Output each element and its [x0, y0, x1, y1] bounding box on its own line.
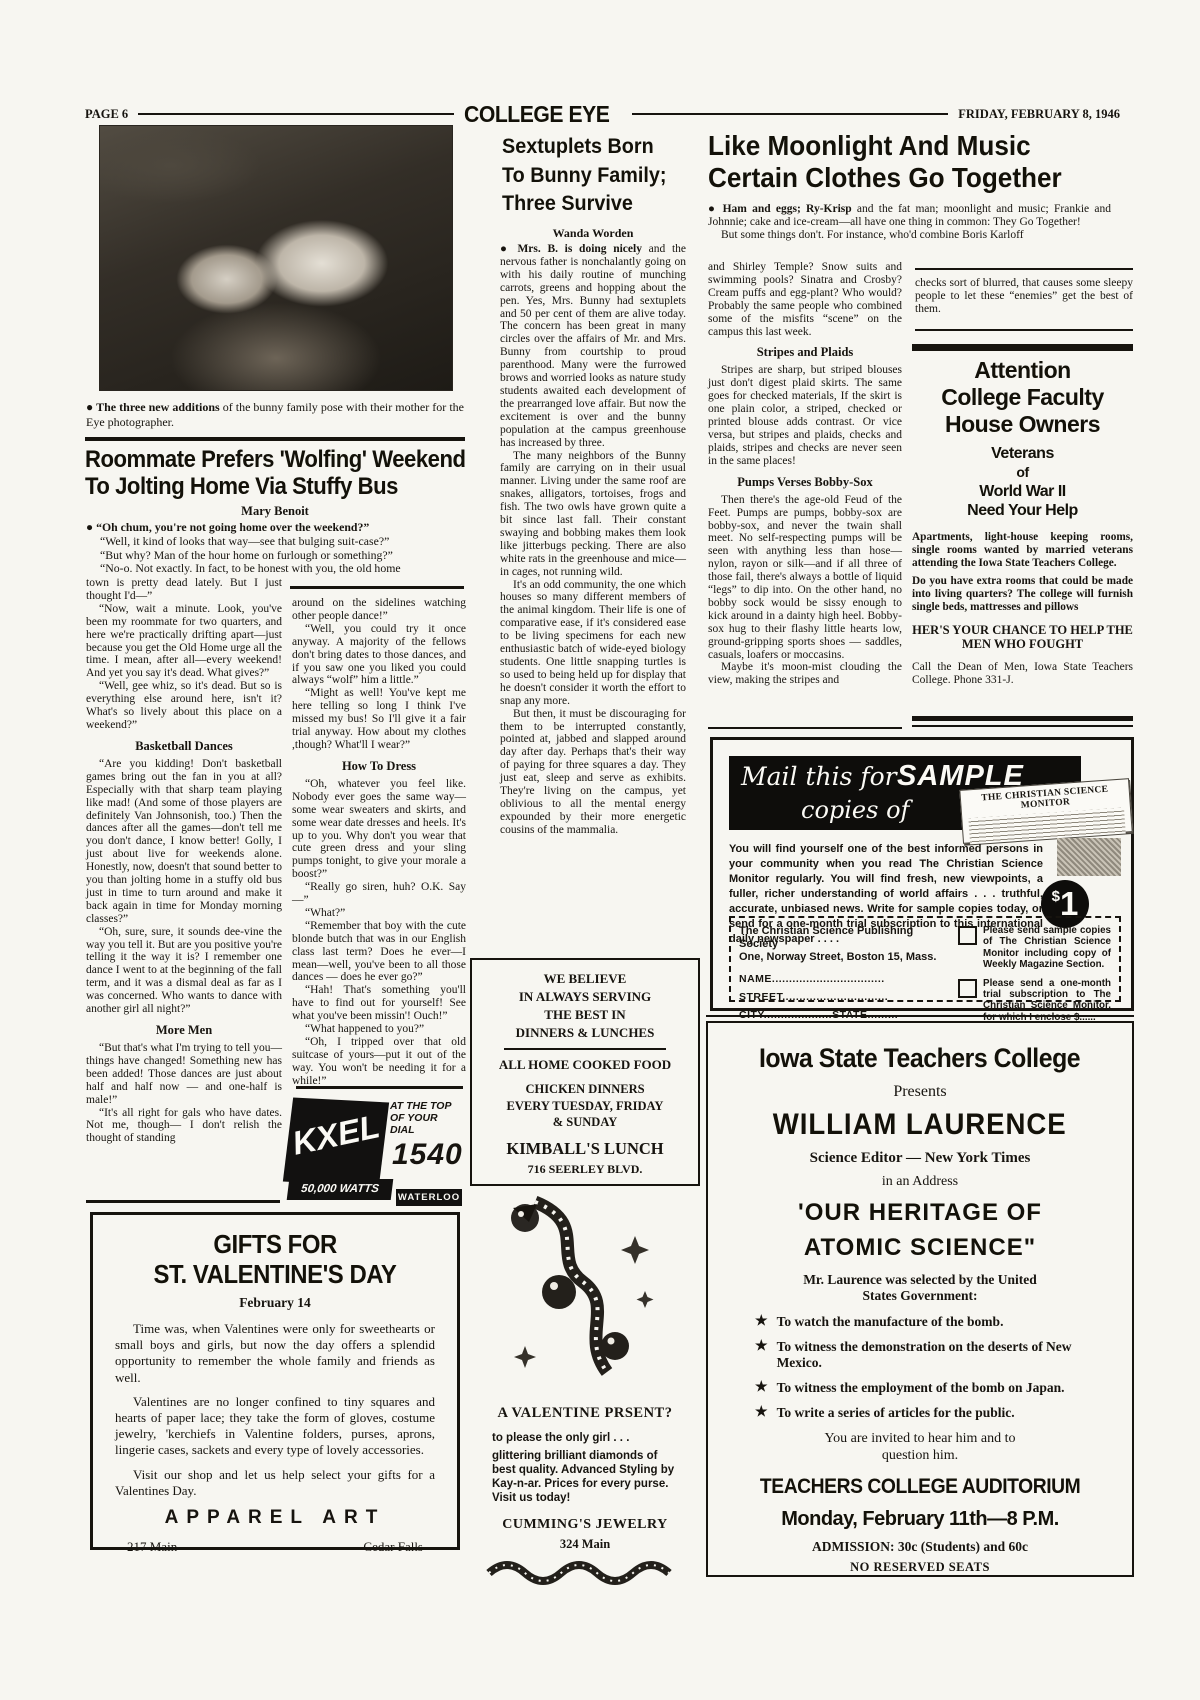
speaker-name: WILLIAM LAURENCE: [734, 1108, 1106, 1142]
attention-chance: HER'S YOUR CHANCE TO HELP THE MEN WHO FO…: [912, 623, 1133, 652]
banner-script-2: copies of: [801, 796, 909, 824]
roommate-intro: ● “Oh chum, you're not going home over t…: [86, 521, 465, 576]
sextuplets-body: ● Mrs. B. is doing nicely and the nervou…: [500, 243, 686, 837]
sextuplets-headline: Sextuplets Born To Bunny Family; Three S…: [502, 132, 702, 218]
gifts-heading: GIFTS FOR ST. VALENTINE'S DAY: [115, 1229, 435, 1289]
publisher-address: One, Norway Street, Boston 15, Mass.: [739, 951, 950, 964]
paragraph: Apartments, light-house keeping rooms, s…: [912, 531, 1133, 569]
roommate-headline-line1: Roommate Prefers 'Wolfing' Weekend: [85, 446, 466, 473]
gifts-date: February 14: [115, 1295, 435, 1311]
invitation-text: You are invited to hear him and to quest…: [810, 1430, 1030, 1464]
paragraph: Valentines are no longer confined to tin…: [115, 1394, 435, 1459]
kxel-city: WATERLOO: [396, 1189, 462, 1206]
monitor-masthead-graphic: THE CHRISTIAN SCIENCE MONITOR: [959, 778, 1132, 844]
attention-subtitle: Veterans of World War II Need Your Help: [912, 444, 1133, 520]
moonlight-continuation: checks sort of blurred, that causes some…: [915, 277, 1133, 316]
paragraph: “Hah! That's something you'll have to fi…: [292, 984, 466, 1023]
store-address: 217 Main: [127, 1539, 177, 1555]
attention-top-bar: [912, 344, 1133, 351]
intro-line: “No-o. Not exactly. In fact, to be hones…: [86, 562, 465, 576]
page-number: PAGE 6: [85, 107, 128, 122]
address-intro: in an Address: [734, 1174, 1106, 1190]
ribbon-divider: [485, 1558, 685, 1588]
header-rule-left: [138, 113, 454, 115]
paragraph: “Well, you could try it once anyway. A m…: [292, 623, 466, 688]
paragraph: ● Ham and eggs; Ry-Krisp and the fat man…: [708, 203, 1111, 229]
attention-end-bar: [912, 716, 1133, 727]
paragraph: “Might as well! You've kept me here tell…: [292, 687, 466, 752]
column-end-rule: [86, 1200, 280, 1203]
ad-line: EVERY TUESDAY, FRIDAY: [480, 1098, 690, 1115]
paragraph: Stripes are sharp, but striped blouses j…: [708, 364, 902, 467]
selected-text: Mr. Laurence was selected by the United …: [785, 1272, 1055, 1304]
roommate-byline: Mary Benoit: [85, 504, 465, 519]
continuation-rule-top: [915, 268, 1133, 270]
paragraph: town is pretty dead lately. But I just t…: [86, 577, 282, 603]
attention-notice: Attention College Faculty House Owners V…: [912, 357, 1133, 687]
publisher-name: The Christian Science Publishing Society: [739, 925, 950, 951]
paragraph: Time was, when Valentines were only for …: [115, 1321, 435, 1386]
section-subhead: How To Dress: [292, 759, 466, 773]
ad-line: IN ALWAYS SERVING: [480, 988, 690, 1006]
bullet-item: ★To write a series of articles for the p…: [755, 1405, 1085, 1421]
paragraph: Visit our shop and let us help select yo…: [115, 1467, 435, 1499]
intro-line: “Well, it kind of looks that way—see tha…: [86, 535, 465, 549]
paragraph: “Oh, I tripped over that old suitcase of…: [292, 1036, 466, 1088]
sextuplets-byline: Wanda Worden: [500, 226, 686, 241]
paragraph: around on the sidelines watching other p…: [292, 597, 466, 623]
bullet-item: ★To witness the employment of the bomb o…: [755, 1380, 1085, 1396]
paragraph: “Really go siren, huh? O.K. Say—”: [292, 881, 466, 907]
store-city: Cedar Falls: [363, 1539, 423, 1555]
kxel-tagline: AT THE TOP OF YOUR DIAL: [390, 1100, 464, 1136]
admission-info: ADMISSION: 30c (Students) and 60c: [734, 1539, 1106, 1555]
kxel-watts: 50,000 WATTS: [287, 1179, 394, 1200]
sample-copies-checkbox: [958, 926, 977, 945]
coupon-address-fields: The Christian Science Publishing Society…: [739, 925, 950, 993]
section-subhead: More Men: [86, 1023, 282, 1037]
monitor-ad: Mail this for SAMPLE copies of THE CHRIS…: [710, 737, 1134, 1011]
bullet-item: ★To watch the manufacture of the bomb.: [755, 1314, 1085, 1330]
moonlight-lead: ● Ham and eggs; Ry-Krisp and the fat man…: [708, 203, 1111, 242]
roommate-column-2: around on the sidelines watching other p…: [292, 597, 466, 1088]
paragraph: “Well, gee whiz, so it's dead. But so is…: [86, 680, 282, 732]
ad-line: THE BEST IN: [480, 1006, 690, 1024]
lecture-ad: Iowa State Teachers College Presents WIL…: [706, 1021, 1134, 1577]
mail-coupon: The Christian Science Publishing Society…: [729, 916, 1121, 1002]
option-label: Please send sample copies of The Christi…: [983, 925, 1111, 971]
name-field: NAME.................................: [739, 973, 950, 985]
ad-divider: [504, 1048, 666, 1050]
coupon-options: Please send sample copies of The Christi…: [958, 925, 1111, 993]
moonlight-headline: Like Moonlight And Music Certain Clothes…: [708, 130, 1138, 194]
event-datetime: Monday, February 11th—8 P.M.: [734, 1508, 1106, 1531]
street-field: STREET...............................: [739, 991, 950, 1003]
trial-subscription-checkbox: [958, 979, 977, 998]
paragraph: “Now, wait a minute. Look, you've been m…: [86, 603, 282, 680]
lecture-title-1: 'OUR HERITAGE OF: [734, 1199, 1106, 1227]
paragraph: Maybe it's moon-mist clouding the view, …: [708, 661, 902, 687]
jewelry-store: CUMMING'S JEWELRY: [468, 1517, 702, 1533]
ad-rule: [296, 1086, 463, 1089]
masthead: COLLEGE EYE: [464, 101, 622, 128]
kimballs-lunch-ad: WE BELIEVE IN ALWAYS SERVING THE BEST IN…: [470, 958, 700, 1186]
jewelry-heading: A VALENTINE PRSENT?: [468, 1405, 702, 1422]
speaker-role: Science Editor — New York Times: [734, 1150, 1106, 1167]
paragraph: “It's all right for gals who have dates.…: [86, 1107, 282, 1146]
bullet-list: ★To watch the manufacture of the bomb. ★…: [755, 1314, 1085, 1421]
jewelry-address: 324 Main: [468, 1537, 702, 1552]
paragraph: It's an odd community, the one which hou…: [500, 579, 686, 708]
ad-line: & SUNDAY: [480, 1114, 690, 1131]
paragraph: “Oh, whatever you feel like. Nobody ever…: [292, 778, 466, 881]
issue-date: FRIDAY, FEBRUARY 8, 1946: [958, 107, 1120, 122]
header-rule-right: [632, 113, 948, 115]
banner-script: Mail this for: [741, 762, 897, 791]
paragraph: Call the Dean of Men, Iowa State Teacher…: [912, 661, 1133, 687]
apparel-art-ad: GIFTS FOR ST. VALENTINE'S DAY February 1…: [90, 1212, 460, 1550]
paragraph: checks sort of blurred, that causes some…: [915, 277, 1133, 316]
kxel-frequency: 1540: [392, 1138, 463, 1172]
star-icon: ★: [755, 1339, 768, 1371]
bullet-item: ★To witness the demonstration on the des…: [755, 1339, 1085, 1371]
newspaper-page: PAGE 6 COLLEGE EYE FRIDAY, FEBRUARY 8, 1…: [0, 0, 1200, 1700]
paragraph: ● Mrs. B. is doing nicely and the nervou…: [500, 243, 686, 450]
paragraph: “What happened to you?”: [292, 1023, 466, 1036]
section-subhead: Stripes and Plaids: [708, 345, 902, 359]
store-name: APPAREL ART: [115, 1507, 435, 1529]
bunny-photo: [100, 126, 452, 390]
roommate-headline: Roommate Prefers 'Wolfing' Weekend To Jo…: [85, 446, 480, 500]
photo-caption: ● The three new additions of the bunny f…: [86, 400, 464, 429]
ad-line: ALL HOME COOKED FOOD: [480, 1056, 690, 1074]
option-row: Please send sample copies of The Christi…: [958, 925, 1111, 971]
continuation-rule-bottom: [915, 329, 1133, 331]
paragraph: But then, it must be discouraging for th…: [500, 708, 686, 837]
ad-separator-rule: [706, 1015, 1134, 1017]
section-subhead: Basketball Dances: [86, 739, 282, 753]
lecture-title-2: ATOMIC SCIENCE": [734, 1234, 1106, 1262]
star-icon: ★: [755, 1405, 768, 1421]
jewelry-lead: to please the only girl . . .: [492, 1431, 678, 1445]
paragraph: “What?”: [292, 907, 466, 920]
ad-line: WE BELIEVE: [480, 970, 690, 988]
ad-line: DINNERS & LUNCHES: [480, 1024, 690, 1042]
store-addresses: 217 Main Cedar Falls: [115, 1539, 435, 1555]
paragraph: “Oh, sure, sure, it sounds dee-vine the …: [86, 926, 282, 1016]
jewelry-body: glittering brilliant diamonds of best qu…: [492, 1449, 678, 1505]
paragraph: The many neighbors of the Bunny family a…: [500, 450, 686, 579]
section-subhead: Pumps Verses Bobby-Sox: [708, 475, 902, 489]
attention-title: Attention College Faculty House Owners: [912, 357, 1133, 438]
paragraph: “Remember that boy with the cute blonde …: [292, 920, 466, 985]
intro-line: “But why? Man of the hour home on furlou…: [86, 549, 465, 563]
paragraph: “But that's what I'm trying to tell you—…: [86, 1042, 282, 1107]
photo-noise-graphic: [1057, 838, 1121, 876]
paragraph: and Shirley Temple? Snow suits and swimm…: [708, 261, 902, 338]
seats-info: NO RESERVED SEATS: [734, 1560, 1106, 1575]
star-icon: ★: [755, 1314, 768, 1330]
roommate-column-1: town is pretty dead lately. But I just t…: [86, 577, 282, 1145]
ad-line: CHICKEN DINNERS: [480, 1081, 690, 1098]
paragraph: Then there's the age-old Feud of the Fee…: [708, 494, 902, 662]
roommate-headline-line2: To Jolting Home Via Stuffy Bus: [85, 473, 398, 500]
college-name: Iowa State Teachers College: [734, 1043, 1106, 1074]
kxel-radio-ad: KXEL AT THE TOP OF YOUR DIAL 1540 50,000…: [288, 1098, 464, 1206]
restaurant-name: KIMBALL'S LUNCH: [480, 1139, 690, 1159]
moonlight-column-a: and Shirley Temple? Snow suits and swimm…: [708, 261, 902, 687]
intro-line: ● “Oh chum, you're not going home over t…: [86, 521, 465, 535]
caption-lead: ● The three new additions: [86, 400, 220, 414]
paragraph: But some things don't. For instance, who…: [708, 229, 1111, 242]
venue: TEACHERS COLLEGE AUDITORIUM: [734, 1475, 1106, 1499]
restaurant-address: 716 SEERLEY BLVD.: [480, 1162, 690, 1177]
ribbon-illustration: [495, 1196, 675, 1394]
column-rule: [290, 586, 464, 589]
star-icon: ★: [755, 1380, 768, 1396]
headline-rule: [85, 437, 465, 441]
paragraph: “Are you kidding! Don't basketball games…: [86, 758, 282, 926]
presents-label: Presents: [734, 1083, 1106, 1101]
paragraph: Do you have extra rooms that could be ma…: [912, 575, 1133, 613]
cummings-jewelry-ad: A VALENTINE PRSENT? to please the only g…: [468, 1196, 702, 1593]
column-end-rule: [708, 727, 902, 729]
